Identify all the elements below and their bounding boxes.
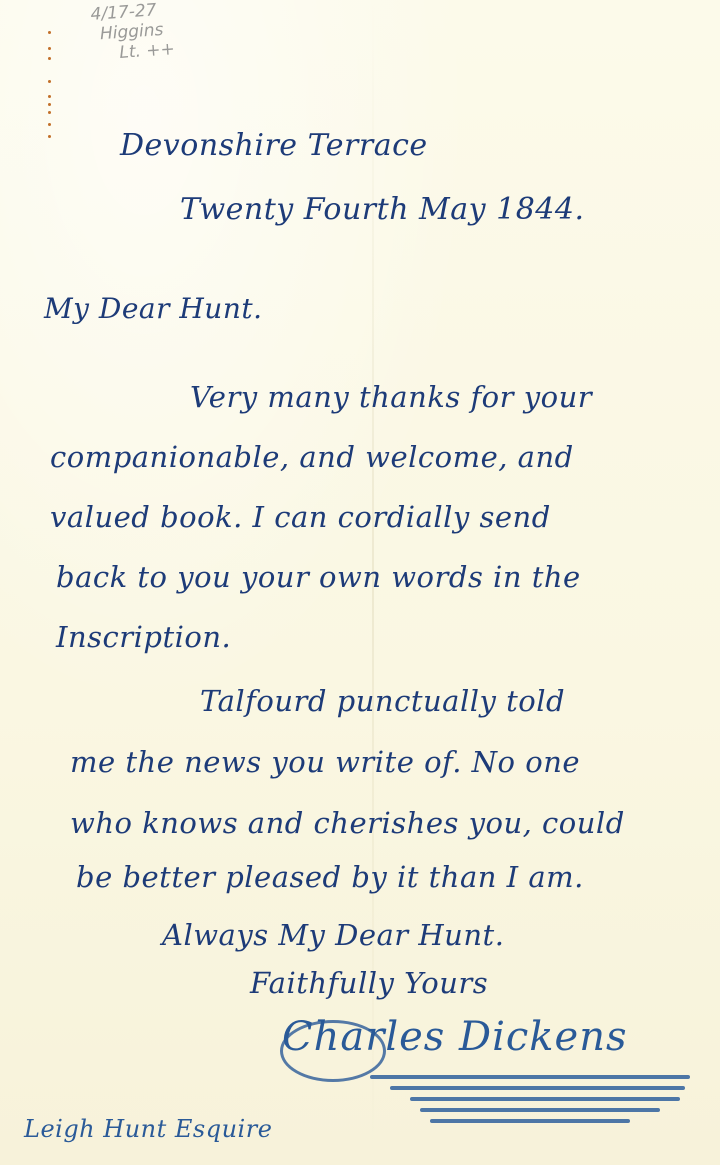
closing-line: Always My Dear Hunt.	[162, 918, 504, 952]
body-line: back to you your own words in the	[56, 560, 581, 594]
addressee: Leigh Hunt Esquire	[24, 1115, 272, 1143]
letter-address: Devonshire Terrace	[120, 128, 428, 163]
body-line: Talfourd punctually told	[200, 684, 565, 718]
signature-flourish	[370, 1075, 690, 1130]
pencil-note: Lt. ++	[119, 39, 176, 63]
body-line: Very many thanks for your	[190, 380, 592, 414]
body-line: be better pleased by it than I am.	[76, 860, 584, 894]
body-line: companionable, and welcome, and	[50, 440, 574, 474]
body-line: me the news you write of. No one	[70, 745, 580, 779]
body-line: who knows and cherishes you, could	[70, 806, 625, 840]
letter-salutation: My Dear Hunt.	[44, 292, 263, 325]
letter-date: Twenty Fourth May 1844.	[180, 192, 585, 227]
pin-holes	[48, 25, 52, 145]
signature: Charles Dickens	[282, 1014, 628, 1060]
body-line: Inscription.	[56, 620, 231, 654]
closing-line: Faithfully Yours	[250, 966, 488, 1000]
pencil-notes: 4/17-27 Higgins Lt. ++	[90, 0, 175, 65]
body-line: valued book. I can cordially send	[50, 500, 551, 534]
